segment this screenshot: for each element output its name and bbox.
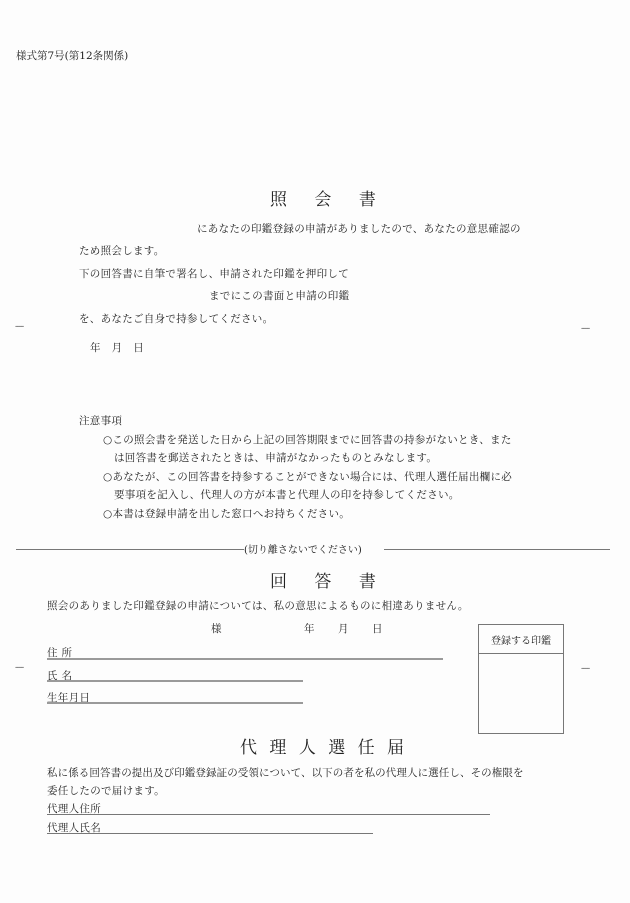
- form-number-label: 様式第7号(第12条関係): [16, 48, 128, 63]
- title-char: 理: [269, 733, 286, 758]
- note-item-cont: 要事項を記入し、代理人の方が本書と代理人の印を持参してください。: [114, 487, 460, 502]
- note-item: ○あなたが、この回答書を持参することができない場合には、代理人選任届出欄に必: [103, 469, 512, 484]
- title-char: 選: [328, 733, 345, 758]
- inquiry-date: 年 月 日: [90, 340, 144, 355]
- registered-seal-box[interactable]: 登録する印鑑: [478, 624, 564, 734]
- cut-line-left: [16, 549, 244, 550]
- title-char: 任: [358, 733, 375, 758]
- answer-statement: 照会のありました印鑑登録の申請については、私の意思によるものに相違ありません。: [47, 598, 469, 613]
- title-char: 答: [314, 567, 331, 592]
- fold-mark-left: ----: [15, 663, 23, 673]
- proxy-address-field[interactable]: [47, 814, 490, 815]
- title-char: 回: [270, 567, 287, 592]
- notes-heading: 注意事項: [79, 413, 122, 428]
- answer-date-day: 日: [372, 621, 383, 636]
- fold-mark-right: ----: [581, 664, 589, 674]
- note-item: ○この照会書を発送した日から上記の回答期限までに回答書の持参がないとき、また: [103, 432, 512, 447]
- inquiry-line-2: ため照会します。: [79, 243, 165, 258]
- addressee-suffix: 様: [211, 621, 222, 636]
- cut-notice: (切り離さないでください): [244, 541, 362, 556]
- birthdate-field[interactable]: [47, 702, 303, 704]
- title-char: 人: [299, 733, 316, 758]
- title-char: 書: [359, 185, 376, 210]
- proxy-title: 代 理 人 選 任 届: [240, 733, 404, 758]
- proxy-text-line-1: 私に係る回答書の提出及び印鑑登録証の受領について、以下の者を私の代理人に選任し、…: [47, 765, 524, 780]
- fold-mark-left: ----: [15, 322, 23, 332]
- title-char: 書: [359, 567, 376, 592]
- proxy-text-line-2: 委任したので届けます。: [47, 783, 165, 798]
- title-char: 届: [387, 733, 404, 758]
- answer-date-month: 月: [338, 621, 349, 636]
- note-item: ○本書は登録申請を出した窓口へお持ちください。: [103, 506, 350, 521]
- title-char: 代: [240, 733, 257, 758]
- title-char: 会: [314, 185, 331, 210]
- fold-mark-right: ----: [581, 324, 589, 334]
- address-field[interactable]: [47, 658, 443, 660]
- inquiry-line-1: にあなたの印鑑登録の申請がありましたので、あなたの意思確認の: [197, 221, 521, 236]
- answer-date-year: 年: [304, 621, 315, 636]
- inquiry-title: 照 会 書: [270, 185, 376, 210]
- proxy-name-field[interactable]: [47, 833, 373, 834]
- inquiry-line-3: 下の回答書に自筆で署名し、申請された印鑑を押印して: [79, 266, 349, 281]
- inquiry-line-5: を、あなたご自身で持参してください。: [79, 311, 273, 326]
- inquiry-deadline-line: までにこの書面と申請の印鑑: [209, 288, 349, 303]
- seal-box-label: 登録する印鑑: [479, 625, 563, 654]
- name-field[interactable]: [47, 680, 303, 682]
- cut-line-right: [384, 549, 610, 550]
- answer-title: 回 答 書: [270, 567, 376, 592]
- note-item-cont: は回答書を郵送されたときは、申請がなかったものとみなします。: [114, 450, 437, 465]
- title-char: 照: [270, 185, 287, 210]
